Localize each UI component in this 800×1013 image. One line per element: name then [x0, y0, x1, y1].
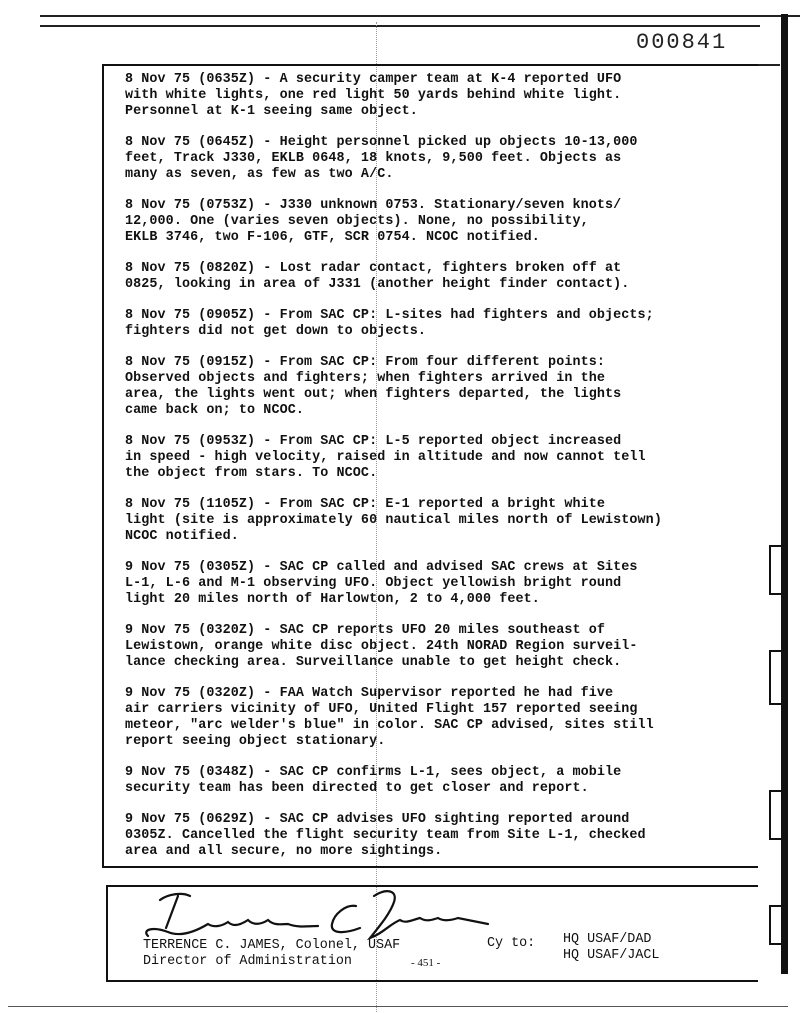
binding-hole [769, 790, 781, 840]
log-entry: 8 Nov 75 (0915Z) - From SAC CP: From fou… [125, 355, 765, 419]
copy-to-label: Cy to: [487, 936, 535, 951]
log-entry: 9 Nov 75 (0305Z) - SAC CP called and adv… [125, 560, 765, 608]
top-rule-1 [40, 15, 800, 17]
recipient: HQ USAF/JACL [563, 948, 659, 964]
box-top-right-rule [758, 64, 780, 66]
log-entry: 8 Nov 75 (0905Z) - From SAC CP: L-sites … [125, 308, 765, 340]
log-entry: 8 Nov 75 (0635Z) - A security camper tea… [125, 72, 765, 120]
binding-hole [769, 545, 781, 595]
document-number: 000841 [636, 30, 727, 55]
log-entry: 9 Nov 75 (0348Z) - SAC CP confirms L-1, … [125, 765, 765, 797]
log-entry: 9 Nov 75 (0320Z) - FAA Watch Supervisor … [125, 686, 765, 750]
top-rule-2 [40, 25, 760, 27]
binding-hole [769, 905, 781, 945]
log-entries: 8 Nov 75 (0635Z) - A security camper tea… [125, 72, 765, 875]
binding-hole [769, 650, 781, 705]
log-entry: 8 Nov 75 (0645Z) - Height personnel pick… [125, 135, 765, 183]
recipient: HQ USAF/DAD [563, 932, 659, 948]
log-entry: 9 Nov 75 (0320Z) - SAC CP reports UFO 20… [125, 623, 765, 671]
signer-name: TERRENCE C. JAMES, Colonel, USAF [143, 938, 400, 954]
log-entry: 8 Nov 75 (0820Z) - Lost radar contact, f… [125, 261, 765, 293]
bottom-rule [8, 1006, 788, 1007]
copy-to-recipients: HQ USAF/DAD HQ USAF/JACL [563, 932, 659, 964]
log-entry: 8 Nov 75 (0953Z) - From SAC CP: L-5 repo… [125, 434, 765, 482]
signer-title: Director of Administration [143, 954, 352, 970]
log-entry: 8 Nov 75 (0753Z) - J330 unknown 0753. St… [125, 198, 765, 246]
page-number: - 451 - [411, 957, 440, 969]
log-entry: 8 Nov 75 (1105Z) - From SAC CP: E-1 repo… [125, 497, 765, 545]
binding-strip [781, 14, 788, 974]
log-entry: 9 Nov 75 (0629Z) - SAC CP advises UFO si… [125, 812, 765, 860]
